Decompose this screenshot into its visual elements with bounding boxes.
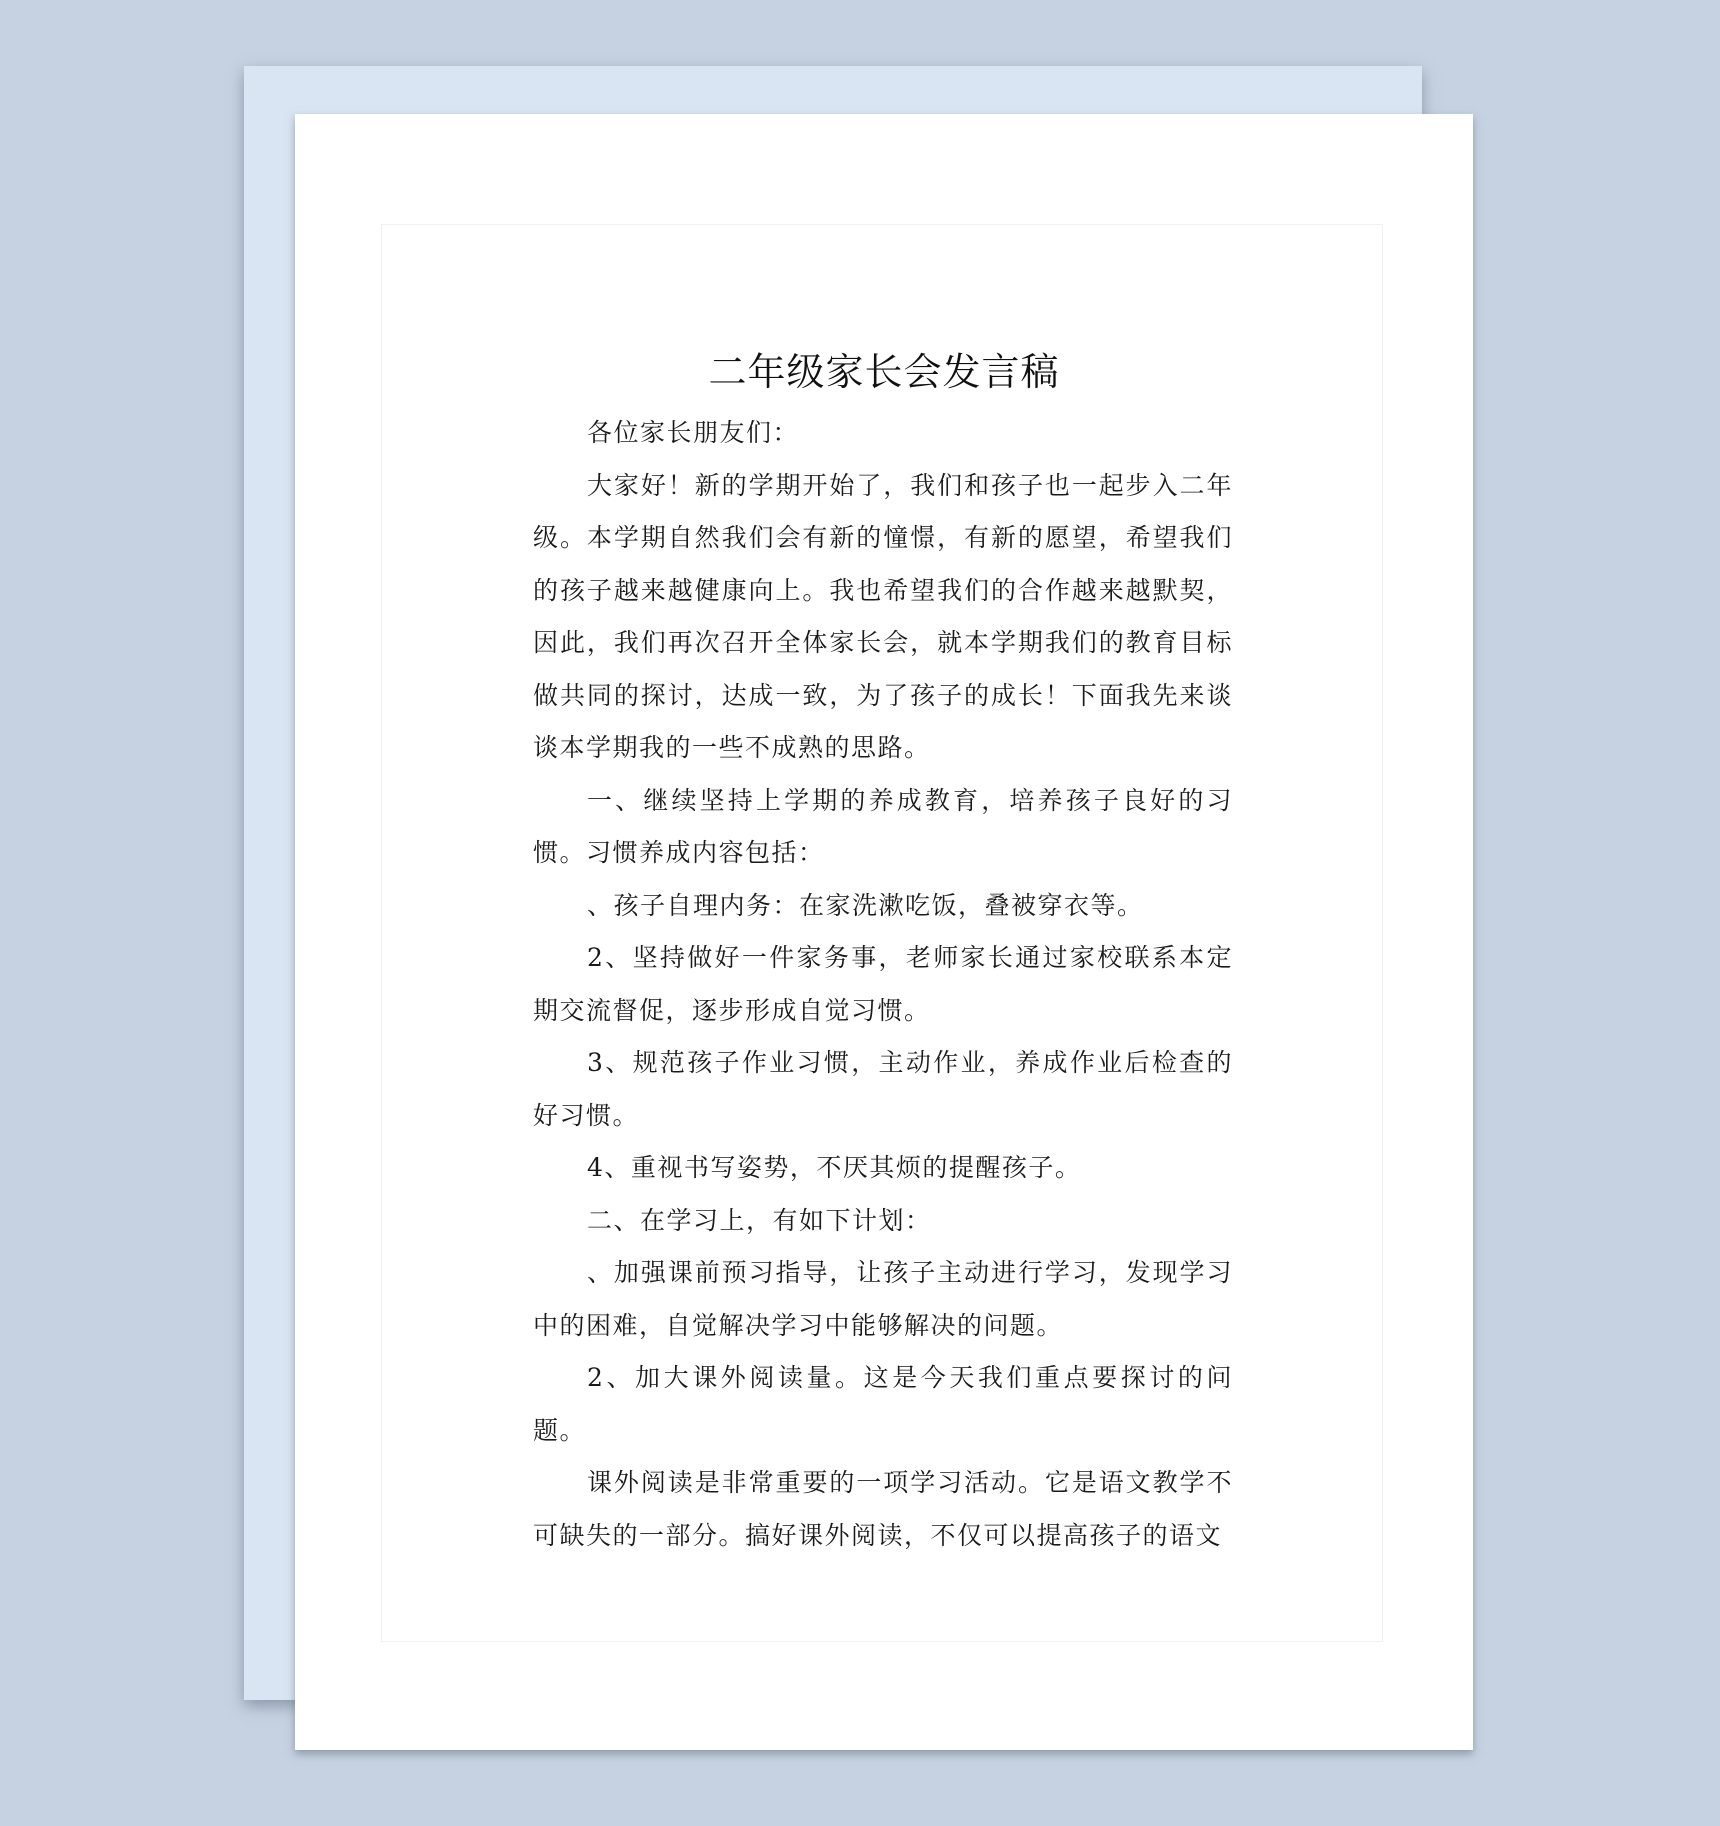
paragraph-study-item-1: 、加强课前预习指导，让孩子主动进行学习，发现学习中的困难，自觉解决学习中能够解决… (533, 1247, 1233, 1352)
paragraph-item-4: 4、重视书写姿势，不厌其烦的提醒孩子。 (533, 1142, 1233, 1195)
paragraph-section-2: 二、在学习上，有如下计划： (533, 1195, 1233, 1248)
document-page: 二年级家长会发言稿 各位家长朋友们： 大家好！新的学期开始了，我们和孩子也一起步… (295, 114, 1473, 1750)
paragraph-salutation: 各位家长朋友们： (533, 407, 1233, 460)
paragraph-item-3: 3、规范孩子作业习惯，主动作业，养成作业后检查的好习惯。 (533, 1037, 1233, 1142)
document-body: 各位家长朋友们： 大家好！新的学期开始了，我们和孩子也一起步入二年级。本学期自然… (533, 407, 1233, 1562)
paragraph-study-item-2: 2、加大课外阅读量。这是今天我们重点要探讨的问题。 (533, 1352, 1233, 1457)
paragraph-section-1: 一、继续坚持上学期的养成教育，培养孩子良好的习惯。习惯养成内容包括： (533, 775, 1233, 880)
paragraph-intro: 大家好！新的学期开始了，我们和孩子也一起步入二年级。本学期自然我们会有新的憧憬，… (533, 460, 1233, 775)
paragraph-item-1: 、孩子自理内务：在家洗漱吃饭，叠被穿衣等。 (533, 880, 1233, 933)
document-title: 二年级家长会发言稿 (295, 348, 1473, 396)
paragraph-reading: 课外阅读是非常重要的一项学习活动。它是语文教学不可缺失的一部分。搞好课外阅读，不… (533, 1457, 1233, 1562)
paragraph-item-2: 2、坚持做好一件家务事，老师家长通过家校联系本定期交流督促，逐步形成自觉习惯。 (533, 932, 1233, 1037)
